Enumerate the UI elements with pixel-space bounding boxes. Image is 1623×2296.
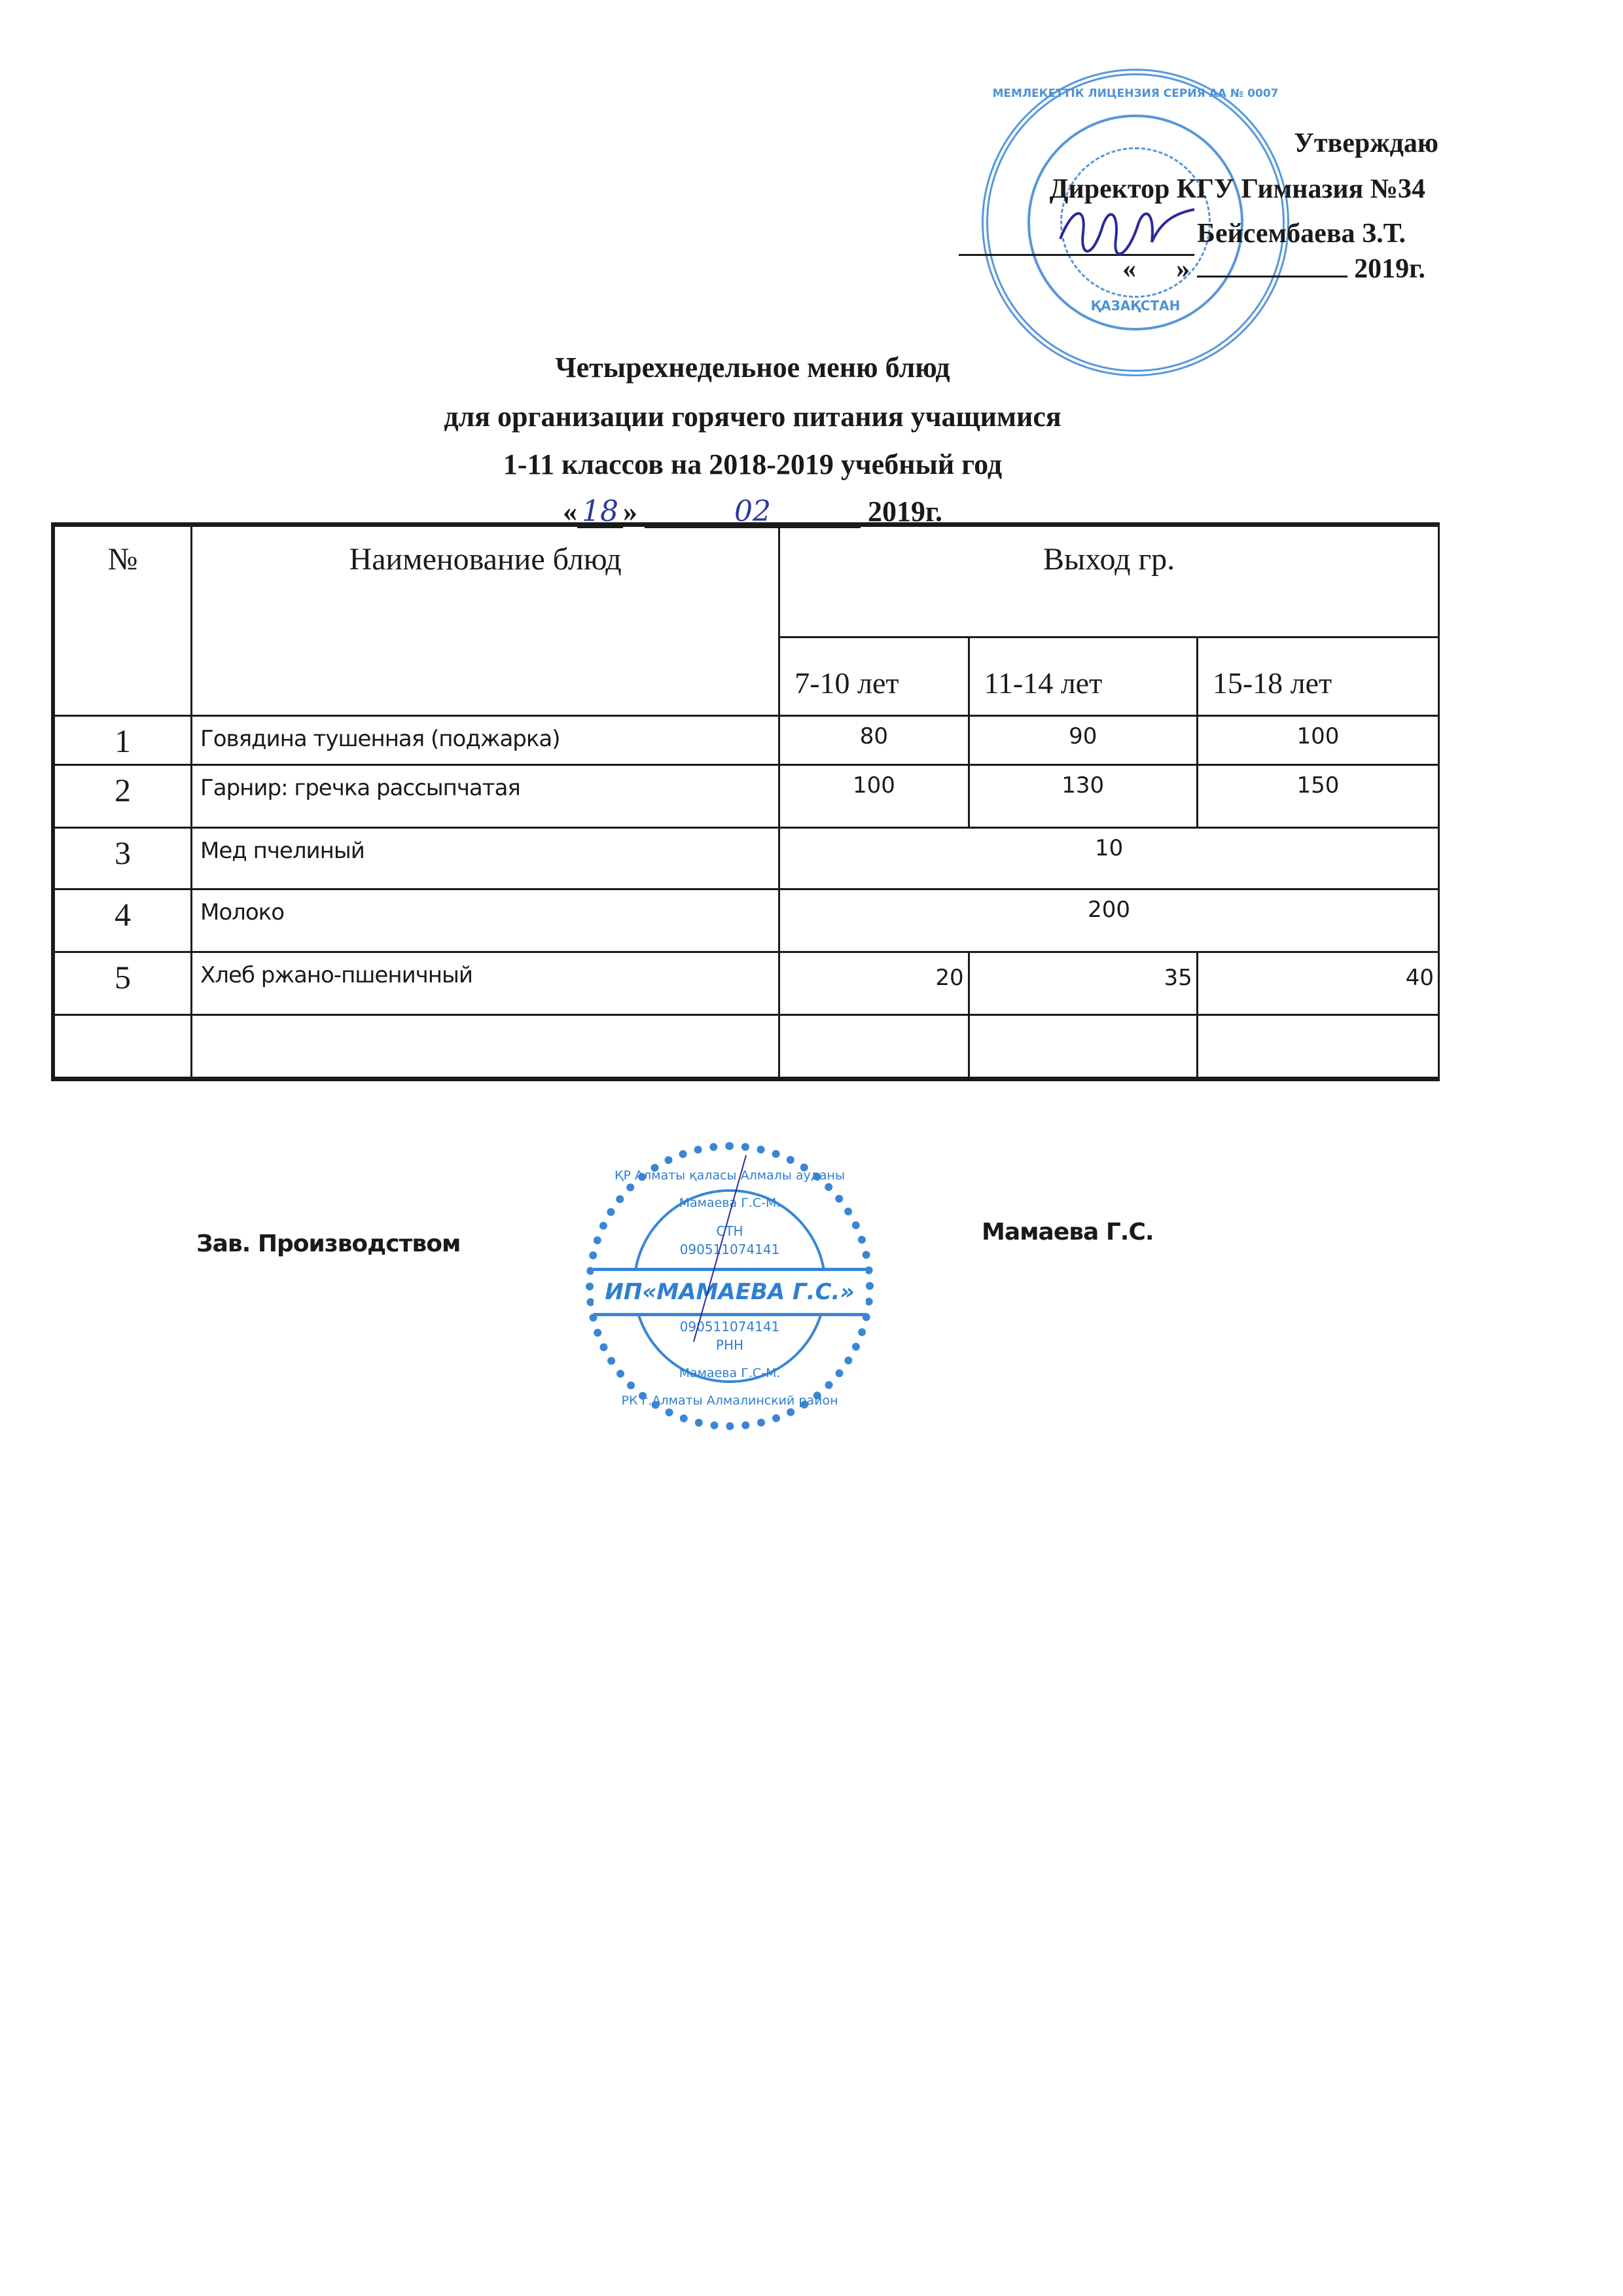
manager-signature-icon xyxy=(681,1152,759,1348)
row-value: 100 xyxy=(1197,716,1438,765)
table-row-empty xyxy=(53,1015,1439,1079)
stamp-ring-bottom2: Мамаева Г.С-М. xyxy=(594,1366,866,1380)
header-number: № xyxy=(53,525,192,716)
row-dish: Гарнир: гречка рассыпчатая xyxy=(192,765,779,828)
menu-table: № Наименование блюд Выход гр. 7-10 лет 1… xyxy=(51,522,1440,1081)
table-row: 3 Мед пчелиный 10 xyxy=(53,828,1439,889)
approval-name: Бейсембаева З.Т. xyxy=(1197,220,1406,247)
row-value: 20 xyxy=(779,952,969,1015)
row-value xyxy=(1197,1015,1438,1079)
row-dish: Мед пчелиный xyxy=(192,828,779,889)
header-output: Выход гр. xyxy=(779,525,1439,637)
footer-name: Мамаева Г.С. xyxy=(982,1219,1154,1246)
approval-date: « » 2019г. xyxy=(1122,255,1425,283)
row-number xyxy=(53,1015,192,1079)
row-dish: Хлеб ржано-пшеничный xyxy=(192,952,779,1015)
row-merged-value: 200 xyxy=(779,889,1439,952)
row-dish: Говядина тушенная (поджарка) xyxy=(192,716,779,765)
row-value: 130 xyxy=(969,765,1197,828)
row-dish: Молоко xyxy=(192,889,779,952)
row-value: 100 xyxy=(779,765,969,828)
table-row: 1 Говядина тушенная (поджарка) 80 90 100 xyxy=(53,716,1439,765)
row-number: 2 xyxy=(53,765,192,828)
table-row: 4 Молоко 200 xyxy=(53,889,1439,952)
row-value xyxy=(969,1015,1197,1079)
footer-role: Зав. Производством xyxy=(196,1230,460,1257)
row-value: 40 xyxy=(1197,952,1438,1015)
stamp-ring-bottom: РК г.Алматы Алмалинский район xyxy=(594,1393,866,1408)
row-value xyxy=(779,1015,969,1079)
document-title-line-3: 1-11 классов на 2018-2019 учебный год xyxy=(294,450,1211,479)
document-title-line-1: Четырехнедельное меню блюд xyxy=(294,353,1211,382)
row-value: 90 xyxy=(969,716,1197,765)
row-number: 5 xyxy=(53,952,192,1015)
row-value: 80 xyxy=(779,716,969,765)
header-age-group: 7-10 лет xyxy=(779,637,969,716)
approval-date-open-quote: « xyxy=(1122,254,1136,284)
header-age-group: 11-14 лет xyxy=(969,637,1197,716)
row-dish xyxy=(192,1015,779,1079)
table-row: 2 Гарнир: гречка рассыпчатая 100 130 150 xyxy=(53,765,1439,828)
table-header-row: № Наименование блюд Выход гр. xyxy=(53,525,1439,637)
row-value: 150 xyxy=(1197,765,1438,828)
stamp-license-text: МЕМЛЕКЕТТІК ЛИЦЕНЗИЯ СЕРИЯ АА № 0007 xyxy=(988,87,1283,100)
approval-title: Утверждаю xyxy=(1294,130,1438,157)
row-number: 3 xyxy=(53,828,192,889)
stamp-emblem-label: ҚАЗАҚСТАН xyxy=(988,298,1283,314)
header-age-group: 15-18 лет xyxy=(1197,637,1438,716)
document-title-line-2: для организации горячего питания учащими… xyxy=(294,403,1211,431)
row-number: 4 xyxy=(53,889,192,952)
approval-date-year: 2019г. xyxy=(1354,254,1425,284)
approval-date-close-quote: » xyxy=(1176,254,1190,284)
row-number: 1 xyxy=(53,716,192,765)
table-row: 5 Хлеб ржано-пшеничный 20 35 40 xyxy=(53,952,1439,1015)
row-merged-value: 10 xyxy=(779,828,1439,889)
row-value: 35 xyxy=(969,952,1197,1015)
header-dish-name: Наименование блюд xyxy=(192,525,779,716)
